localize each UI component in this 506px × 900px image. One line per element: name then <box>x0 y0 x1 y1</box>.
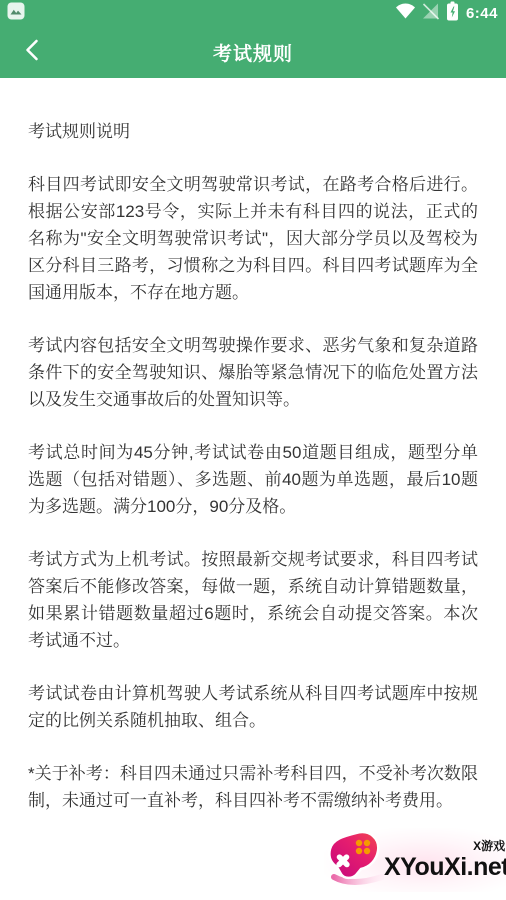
exam-rules-content: 考试规则说明 科目四考试即安全文明驾驶常识考试，在路考合格后进行。根据公安部12… <box>0 78 506 814</box>
status-clock: 6:44 <box>466 5 498 22</box>
paragraph-exam-method: 考试方式为上机考试。按照最新交规考试要求，科目四考试答案后不能修改答案，每做一题… <box>28 546 478 654</box>
content-heading: 考试规则说明 <box>28 118 478 145</box>
chevron-left-icon <box>25 39 39 66</box>
watermark-site-url[interactable]: XYouXi.net <box>384 853 506 881</box>
paragraph-paper-generation: 考试试卷由计算机驾驶人考试系统从科目四考试题库中按规定的比例关系随机抽取、组合。 <box>28 680 478 734</box>
status-bar-left <box>7 2 25 25</box>
paragraph-retake-note: *关于补考：科目四未通过只需补考科目四，不受补考次数限制，未通过可一直补考，科目… <box>28 760 478 814</box>
site-watermark: X游戏 XYouXi.net <box>324 828 506 892</box>
battery-charging-icon <box>446 1 459 26</box>
status-bar-right: 6:44 <box>395 1 498 26</box>
paragraph-exam-time-score: 考试总时间为45分钟,考试试卷由50道题目组成，题型分单选题（包括对错题）、多选… <box>28 439 478 520</box>
gallery-notification-icon <box>7 2 25 25</box>
watermark-text: X游戏 XYouXi.net <box>384 839 506 881</box>
paragraph-subject4-intro: 科目四考试即安全文明驾驶常识考试，在路考合格后进行。根据公安部123号令，实际上… <box>28 171 478 306</box>
back-button[interactable] <box>10 26 54 78</box>
status-bar: 6:44 <box>0 0 506 26</box>
gamepad-icon <box>326 827 384 894</box>
app-bar: 考试规则 <box>0 26 506 78</box>
paragraph-exam-content: 考试内容包括安全文明驾驶操作要求、恶劣气象和复杂道路条件下的安全驾驶知识、爆胎等… <box>28 332 478 413</box>
no-signal-icon <box>421 2 441 25</box>
wifi-icon <box>395 2 416 25</box>
watermark-site-label: X游戏 <box>384 839 506 853</box>
page-title: 考试规则 <box>0 39 506 66</box>
